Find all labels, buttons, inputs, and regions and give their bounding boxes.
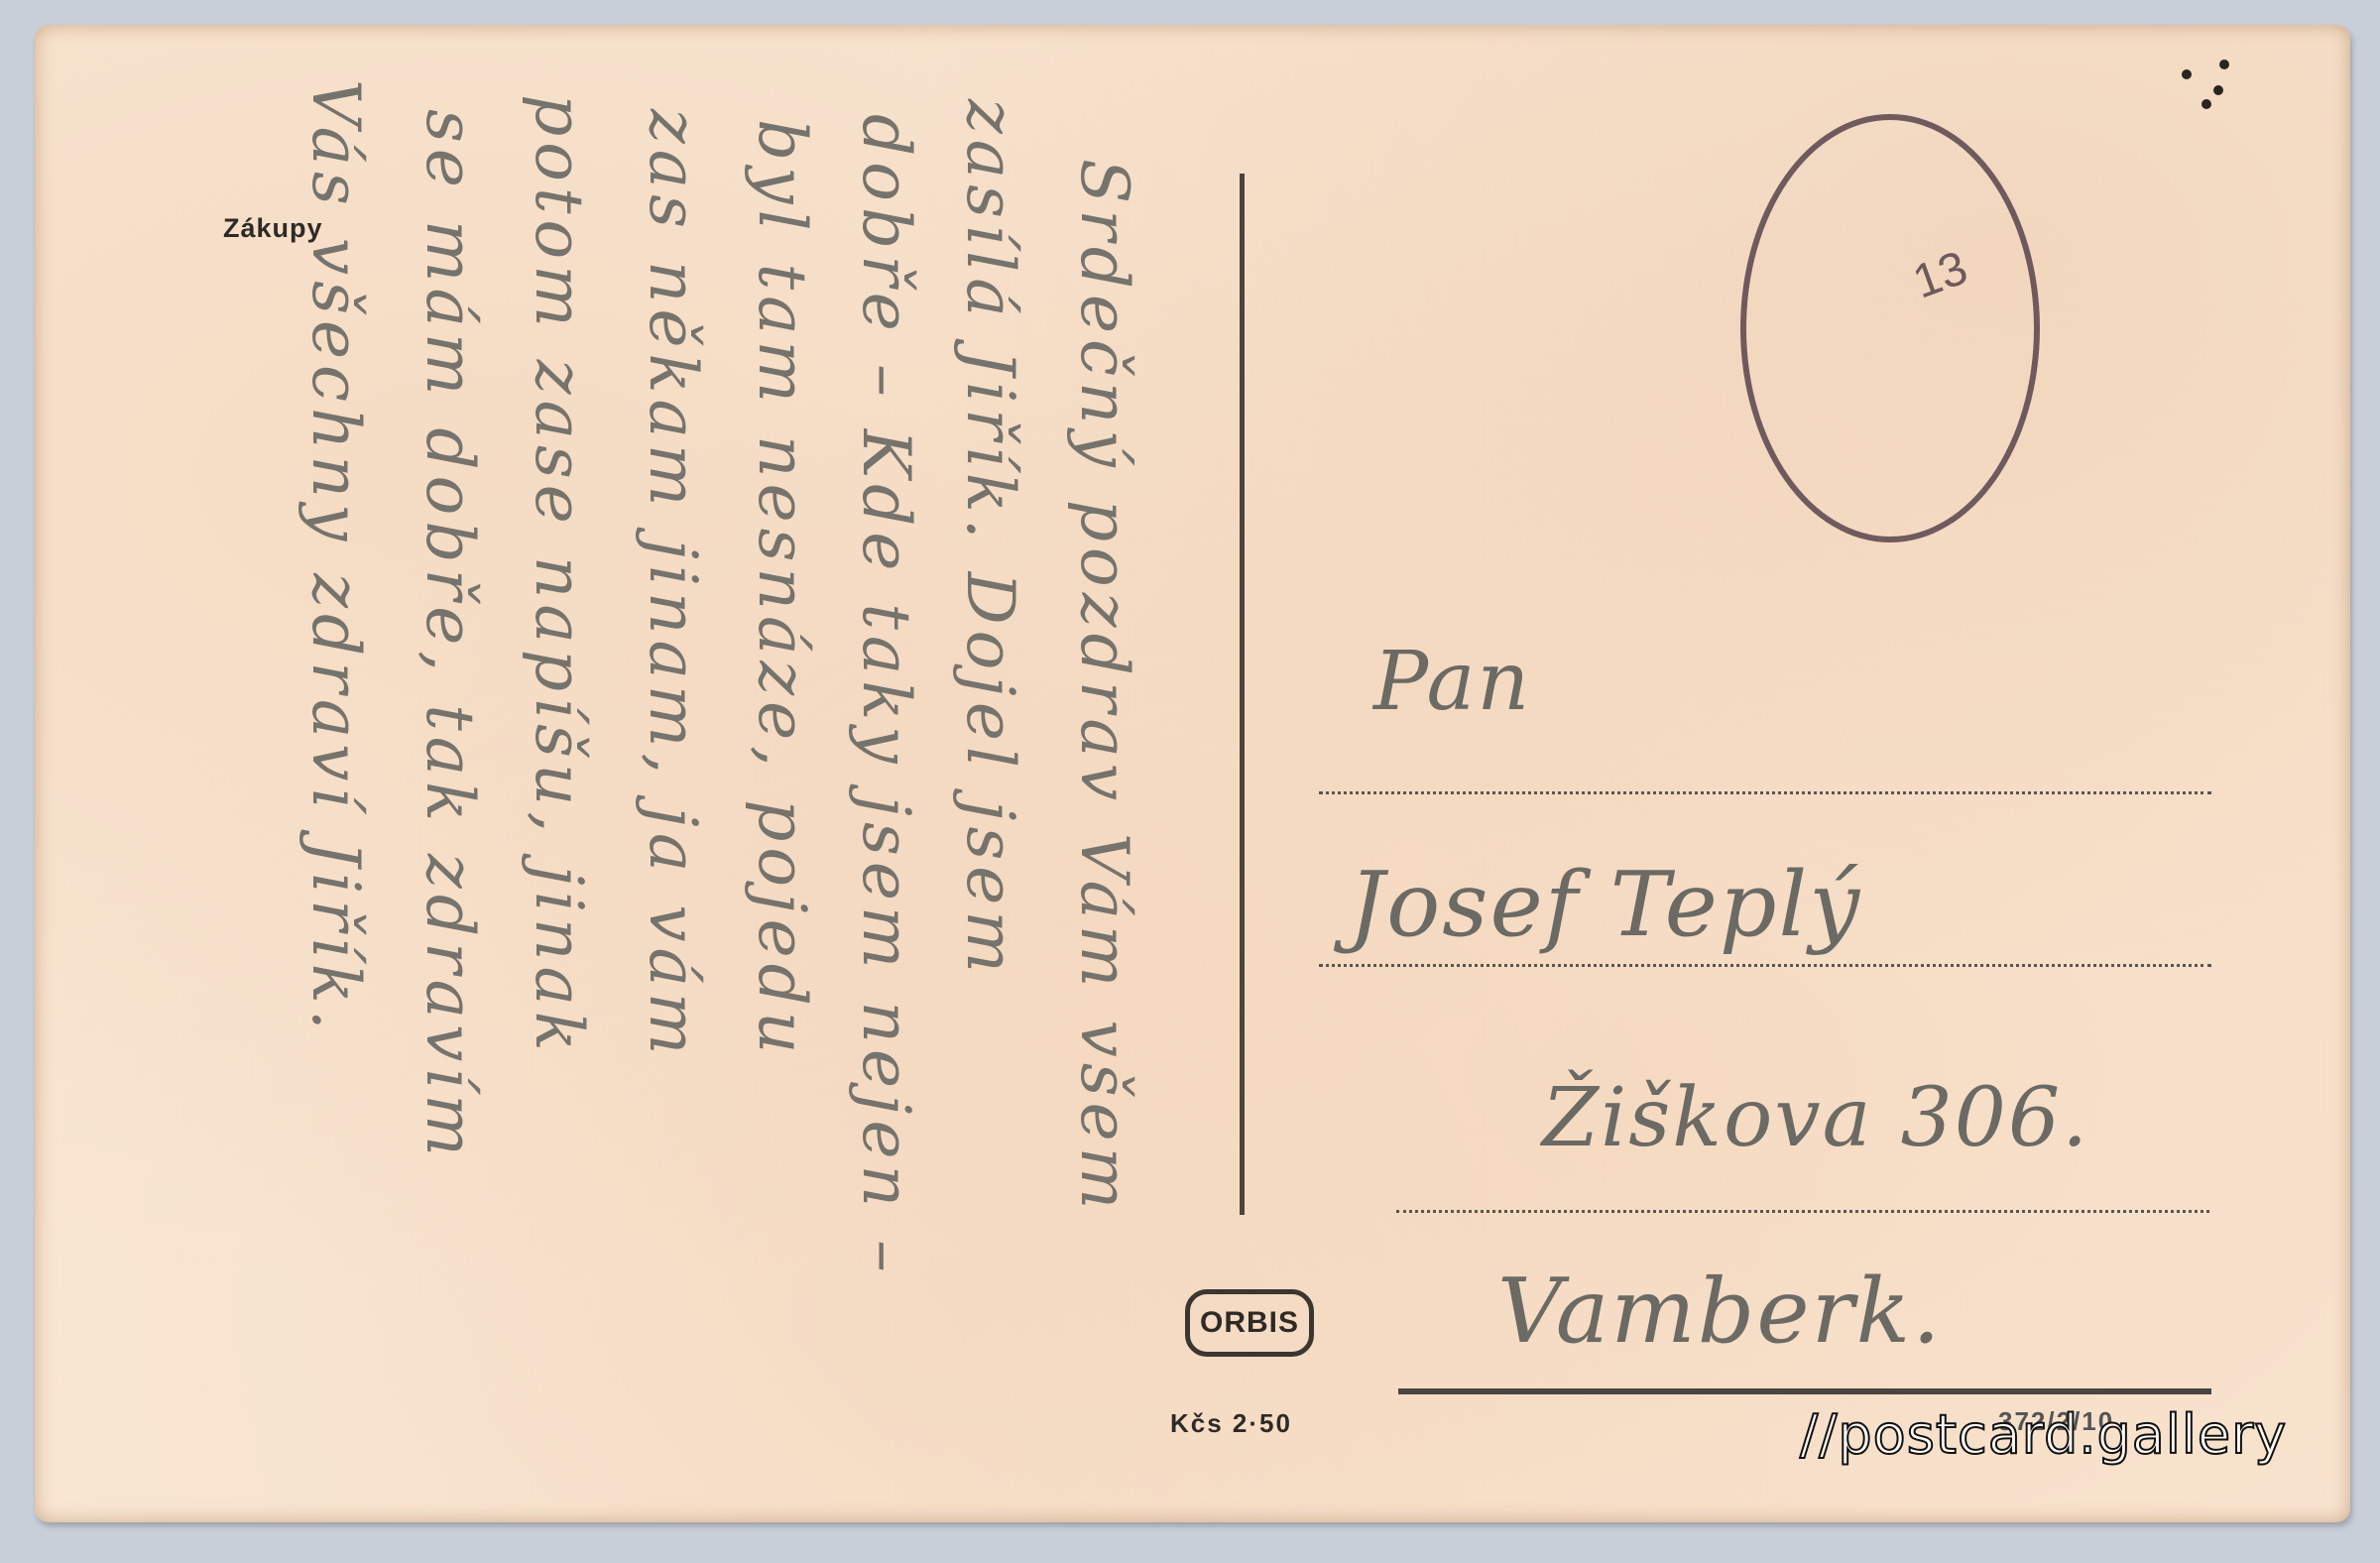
message-line: Vás všechny zdraví Jiřík. — [302, 79, 368, 1036]
address-name: Josef Teplý — [1349, 853, 1861, 957]
publisher-logo: ORBIS — [1185, 1289, 1314, 1357]
price-label: Kčs 2·50 — [1170, 1408, 1292, 1439]
message-line: byl tam nesnáze, pojedu — [749, 119, 814, 1059]
address-line-2 — [1319, 964, 2211, 967]
message-line: se mám dobře, tak zdravím — [416, 109, 482, 1162]
center-divider — [1240, 174, 1245, 1215]
address-salutation: Pan — [1373, 635, 1531, 729]
message-line: zas někam jinam, ja vám — [640, 109, 705, 1060]
message-line: Srdečný pozdrav Vám všem — [1071, 159, 1136, 1215]
watermark: //postcard.gallery — [1800, 1403, 2287, 1466]
stamp-denomination: 150 — [2149, 414, 2261, 504]
address-city: Vamberk. — [1497, 1260, 1943, 1364]
address-line-3 — [1396, 1210, 2209, 1213]
address-line-1 — [1319, 791, 2211, 794]
message-line: potom zase napíšu, jinak — [526, 94, 591, 1057]
address-line-4 — [1398, 1388, 2211, 1394]
message-line: dobře – Kde taky jsem nejen – — [853, 114, 918, 1278]
postmark-circle — [1740, 114, 2040, 542]
message-line: zasílá Jiřík. Dojel jsem — [957, 99, 1022, 979]
address-street: Žiškova 306. — [1542, 1071, 2089, 1165]
